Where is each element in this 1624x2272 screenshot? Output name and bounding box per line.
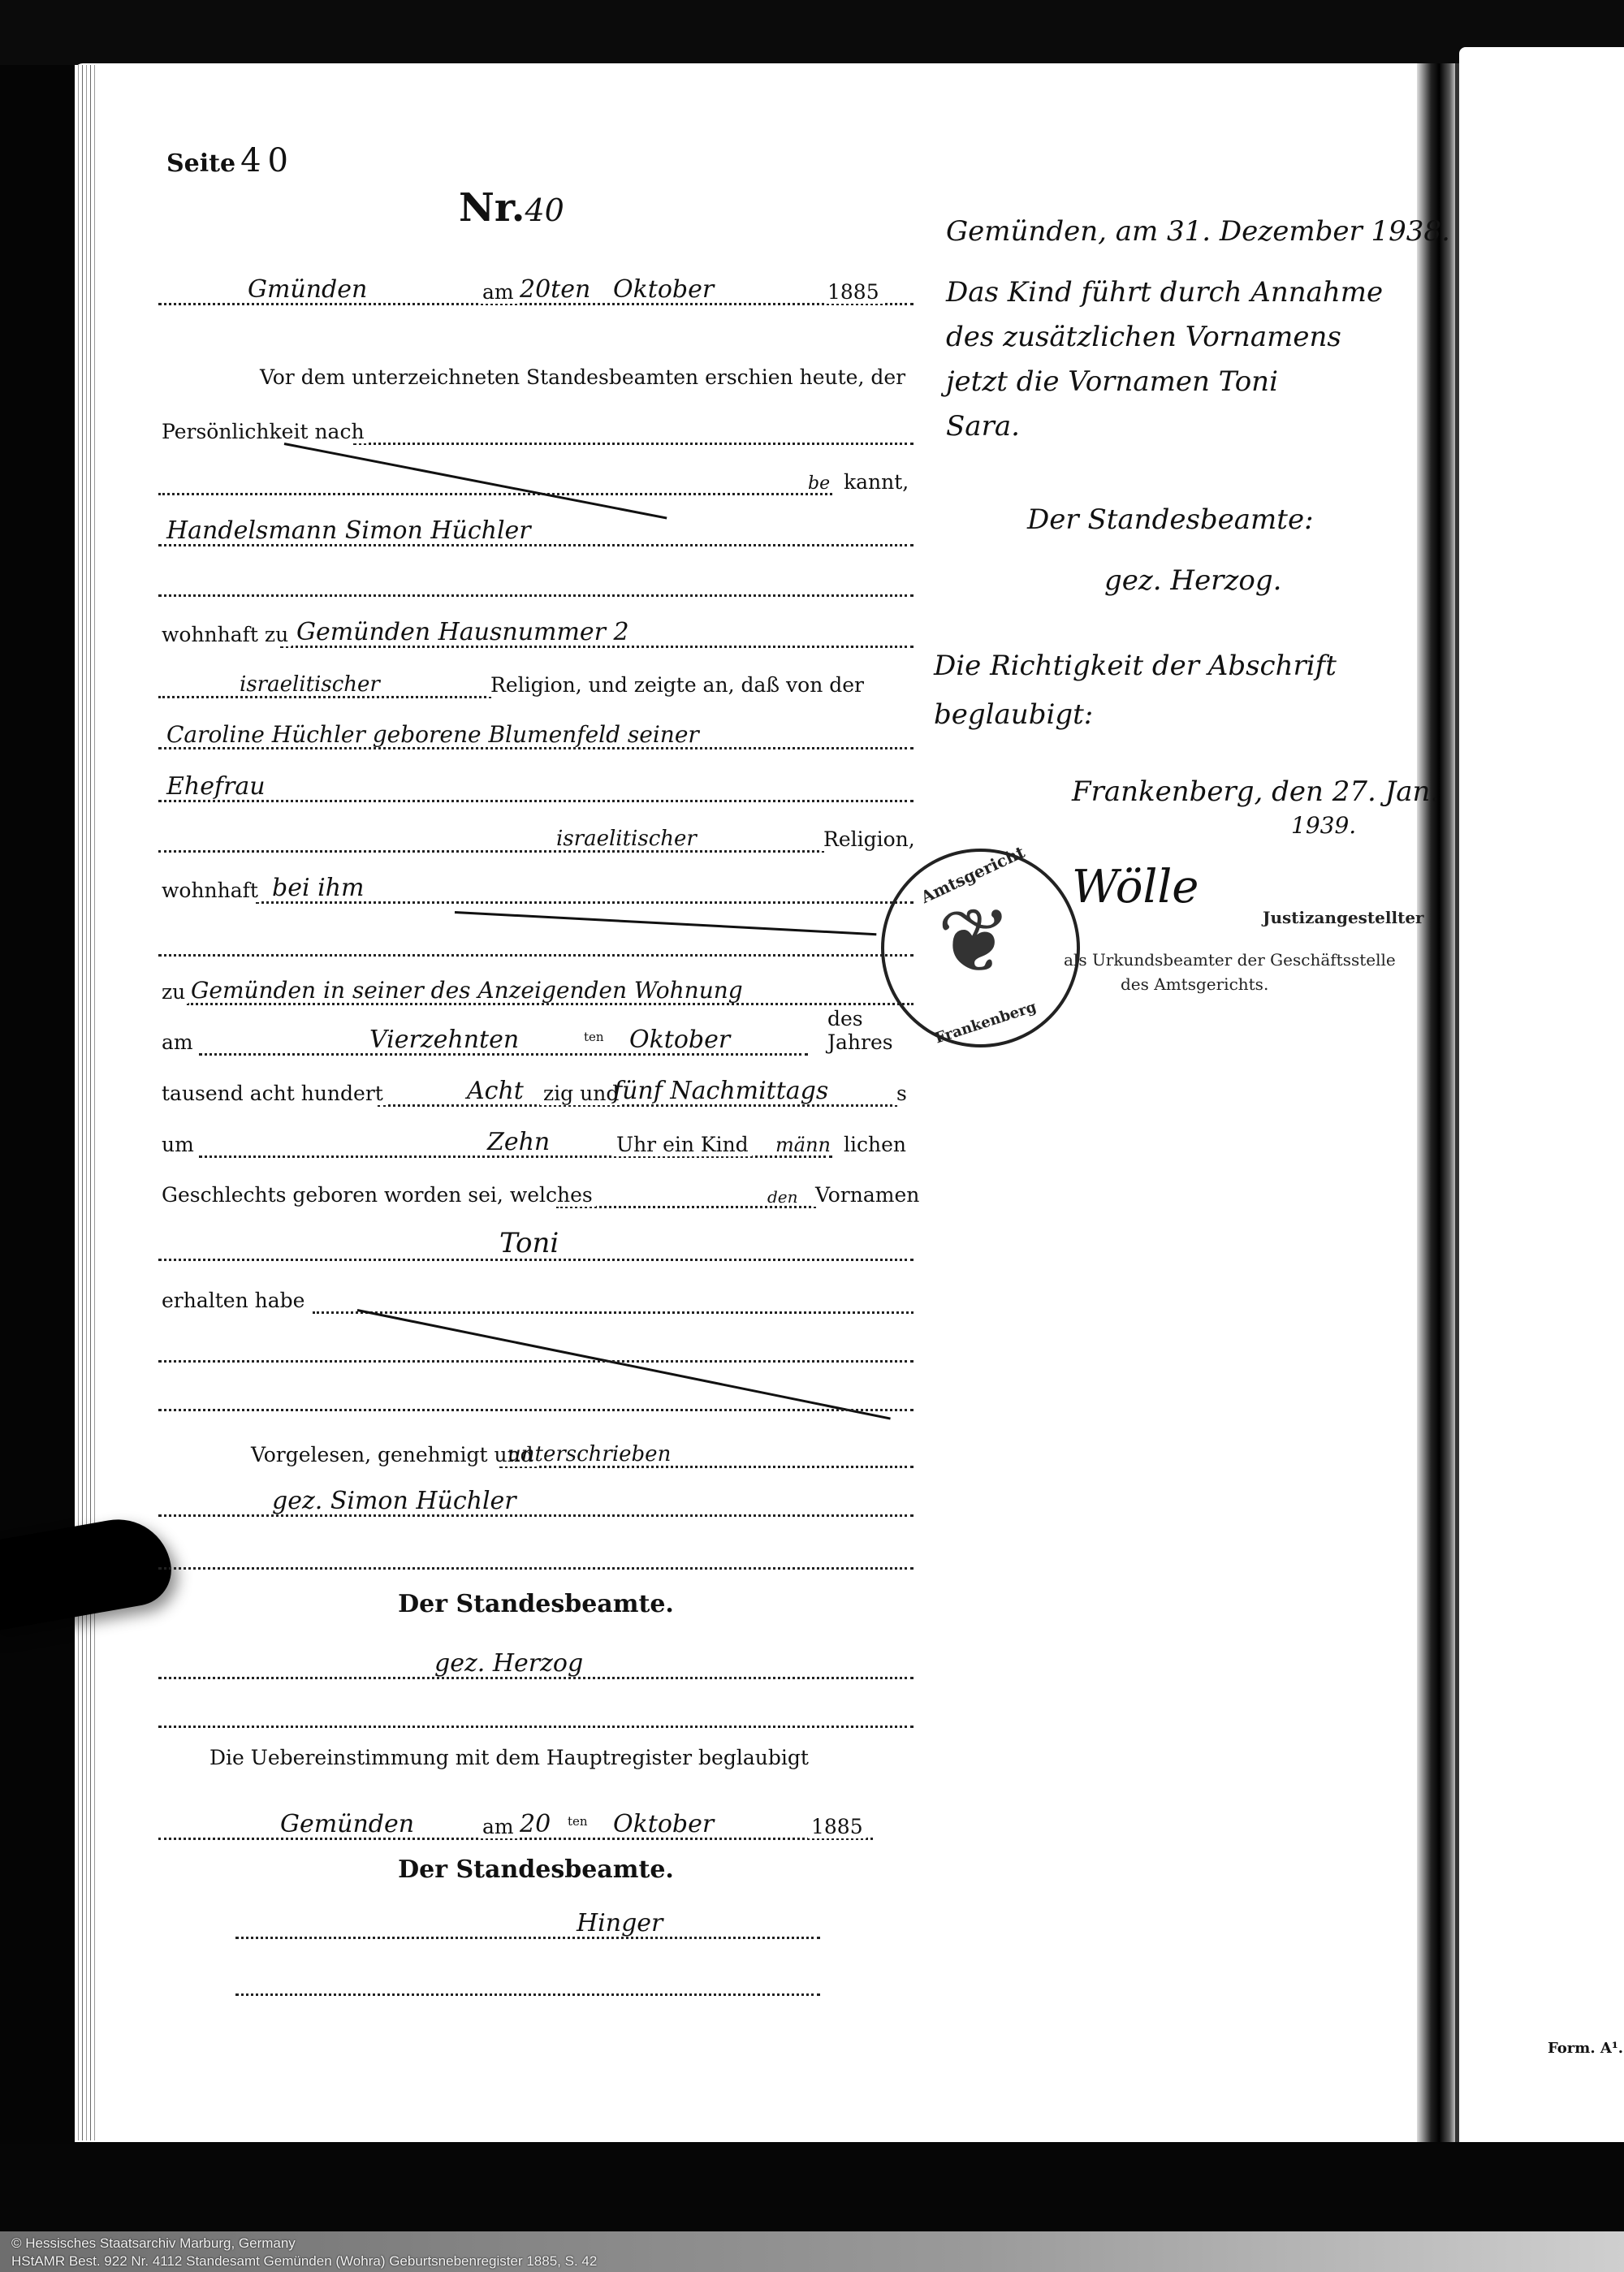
margin-cert-line: Die Richtigkeit der Abschrift xyxy=(934,650,1337,682)
religion-row: israelitischer Religion, und zeigte an, … xyxy=(158,667,914,702)
known-label: kannt, xyxy=(840,470,912,494)
page-number-value: 40 xyxy=(240,142,295,179)
entry-label: Nr. xyxy=(459,185,525,231)
margin-note-line: Gemünden, am 31. Dezember 1938. xyxy=(946,215,1450,248)
certification-text: Die Uebereinstimmung mit dem Hauptregist… xyxy=(209,1746,809,1769)
margin-cert-date: Frankenberg, den 27. Jan. xyxy=(1072,775,1439,808)
zu-label: zu xyxy=(158,980,188,1004)
margin-note-line: Sara. xyxy=(946,410,1020,443)
archive-reference: HStAMR Best. 922 Nr. 4112 Standesamt Gem… xyxy=(11,2253,1624,2270)
declarant-signature: gez. Simon Hüchler xyxy=(272,1487,516,1515)
official-signature: Hinger xyxy=(577,1909,663,1937)
margin-note-line: Das Kind führt durch Annahme xyxy=(946,276,1383,309)
margin-note-line: jetzt die Vornamen Toni xyxy=(946,365,1278,398)
lichen-label: lichen xyxy=(840,1133,909,1156)
religion-value: israelitischer xyxy=(240,672,380,697)
blank-row xyxy=(158,1539,914,1573)
tausend-label: tausend acht hundert xyxy=(158,1082,387,1105)
blank-row xyxy=(158,926,914,960)
religion-text: Religion, und zeigte an, daß von der xyxy=(487,673,867,697)
religion2-value: israelitischer xyxy=(556,827,697,851)
place-value: Gmünden xyxy=(248,275,367,304)
year-tens-value: Acht xyxy=(467,1077,524,1105)
vorgelesen-value: unterschrieben xyxy=(508,1442,671,1466)
blank-row xyxy=(158,566,914,600)
entry-number: Nr.40 xyxy=(459,185,564,231)
ten-suffix: ten xyxy=(581,1030,607,1044)
page-label: Seite xyxy=(166,149,235,178)
geschlechts-label: Geschlechts geboren worden sei, welches xyxy=(158,1183,596,1207)
residence2-label: wohnhaft xyxy=(158,879,261,902)
margin-cert-line: beglaubigt: xyxy=(934,698,1093,731)
page-number: Seite40 xyxy=(166,142,295,179)
um-label: um xyxy=(158,1133,197,1156)
clerk-role: Justizangestellter xyxy=(1263,908,1424,927)
cert-month: Oktober xyxy=(613,1810,714,1838)
am-label: am xyxy=(479,280,517,304)
book-cover-top xyxy=(0,0,1624,65)
vorgelesen-label: Vorgelesen, genehmigt und xyxy=(248,1443,537,1466)
place-date-row: Gmünden am 20ten Oktober 1885 xyxy=(158,274,914,309)
blank-row xyxy=(158,1380,914,1415)
personality-label: Persönlichkeit nach xyxy=(158,420,368,443)
am-label: am xyxy=(158,1030,197,1054)
den-value: den xyxy=(767,1187,798,1207)
mother-cont-row: Ehefrau xyxy=(158,771,914,806)
margin-note-line: des zusätzlichen Vornamens xyxy=(946,321,1341,353)
religion2-label: Religion, xyxy=(820,827,918,851)
birthplace-value: Gemünden in seiner des Anzeigenden Wohnu… xyxy=(191,977,743,1004)
official-signature-row: gez. Herzog xyxy=(158,1648,914,1682)
erhalten-row: erhalten habe xyxy=(158,1283,914,1317)
birthmonth-value: Oktober xyxy=(629,1026,730,1054)
margin-signer-title: Der Standesbeamte: xyxy=(1027,503,1314,536)
cert-place: Gemünden xyxy=(280,1810,414,1838)
official-title: Der Standesbeamte. xyxy=(158,1855,914,1884)
uhr-kind-label: Uhr ein Kind xyxy=(613,1133,752,1156)
childname-row: Toni xyxy=(158,1230,914,1264)
hour-row: um Zehn Uhr ein Kind männ lichen xyxy=(158,1127,914,1161)
entry-number-value: 40 xyxy=(525,192,564,228)
cert-year: 1885 xyxy=(808,1815,866,1838)
cert-date-row: Gemünden am 20 ten Oktober 1885 xyxy=(158,1809,889,1843)
margin-cert-year: 1939. xyxy=(1291,812,1356,839)
month-value: Oktober xyxy=(613,275,714,304)
archive-footer: © Hessisches Staatsarchiv Marburg, Germa… xyxy=(0,2231,1624,2272)
facing-page xyxy=(1459,47,1624,2142)
year-value: 1885 xyxy=(824,280,883,304)
eagle-icon: ❦ xyxy=(937,896,1012,986)
official-signature: gez. Herzog xyxy=(434,1649,583,1678)
court-stamp: Amtsgericht ❦ Frankenberg xyxy=(881,849,1080,1047)
hour-value: Zehn xyxy=(487,1128,550,1156)
clerk-role-line: des Amtsgerichts. xyxy=(1121,974,1268,994)
official-signature-row: Hinger xyxy=(235,1908,820,1942)
year-units-value: fünf Nachmittags xyxy=(613,1077,828,1105)
intro-text: Vor dem unterzeichneten Standesbeamten e… xyxy=(260,365,905,389)
birthplace-row: zu Gemünden in seiner des Anzeigenden Wo… xyxy=(158,974,914,1009)
erhalten-label: erhalten habe xyxy=(158,1289,308,1312)
sex-value: männ xyxy=(775,1134,831,1156)
margin-signer: gez. Herzog. xyxy=(1104,564,1281,597)
page-edges xyxy=(75,65,97,2140)
s-suffix: s xyxy=(893,1082,910,1105)
declarant-row: Handelsmann Simon Hüchler xyxy=(158,516,914,550)
personality-row: Persönlichkeit nach xyxy=(158,414,914,448)
clerk-role-line: als Urkundsbeamter der Geschäftsstelle xyxy=(1064,950,1396,970)
child-name: Toni xyxy=(499,1227,559,1259)
birthyear-row: tausend acht hundert Acht zig und fünf N… xyxy=(158,1076,914,1110)
religion2-row: israelitischer Religion, xyxy=(158,822,914,856)
mother-row: Caroline Hüchler geborene Blumenfeld sei… xyxy=(158,719,914,753)
names-row: Geschlechts geboren worden sei, welches … xyxy=(158,1177,914,1212)
cert-day: 20 xyxy=(520,1810,551,1838)
day-value: 20ten xyxy=(520,275,590,304)
ten-suffix: ten xyxy=(564,1814,591,1829)
book-gutter xyxy=(1417,63,1458,2142)
form-label: Form. A¹. xyxy=(1548,2040,1623,2057)
known-prefix: be xyxy=(808,473,830,494)
declarant-name: Handelsmann Simon Hüchler xyxy=(166,516,531,545)
declarant-signature-row: gez. Simon Hüchler xyxy=(158,1486,914,1520)
residence-row: wohnhaft zu Gemünden Hausnummer 2 xyxy=(158,617,914,651)
zig-und-label: zig und xyxy=(540,1082,622,1105)
blank-row xyxy=(158,1697,914,1731)
birthdate-row: am Vierzehnten ten Oktober des Jahres xyxy=(158,1025,914,1059)
residence-label: wohnhaft zu xyxy=(158,623,292,646)
mother-relation: Ehefrau xyxy=(166,772,266,801)
residence2-value: bei ihm xyxy=(272,874,364,902)
des-jahres-label: des Jahres xyxy=(824,1007,914,1054)
blank-row xyxy=(235,1965,820,1999)
am-label: am xyxy=(479,1815,517,1838)
clerk-signature: Wölle xyxy=(1072,861,1199,914)
residence2-row: wohnhaft bei ihm xyxy=(158,873,914,907)
mother-name: Caroline Hüchler geborene Blumenfeld sei… xyxy=(166,721,699,748)
book-cover-bottom xyxy=(0,2144,1624,2231)
copyright-text: © Hessisches Staatsarchiv Marburg, Germa… xyxy=(11,2235,1624,2253)
vorgelesen-row: Vorgelesen, genehmigt und unterschrieben xyxy=(158,1437,914,1471)
birthday-value: Vierzehnten xyxy=(369,1026,519,1054)
official-title: Der Standesbeamte. xyxy=(158,1590,914,1618)
vornamen-label: Vornamen xyxy=(812,1183,922,1207)
blank-row xyxy=(158,1332,914,1366)
residence-value: Gemünden Hausnummer 2 xyxy=(296,618,629,646)
